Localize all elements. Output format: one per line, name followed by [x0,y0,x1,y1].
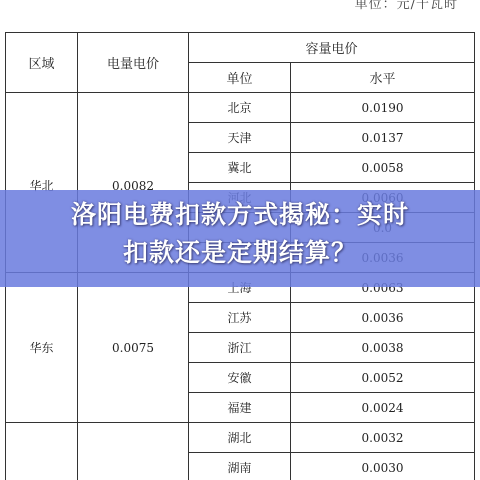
unit-cell: 福建 [189,393,291,423]
level-cell: 0.0036 [291,303,475,333]
banner-title-line-1: 洛阳电费扣款方式揭秘：实时 [0,196,480,234]
region-cell: 华东 [6,273,78,423]
unit-cell: 江苏 [189,303,291,333]
unit-cell: 天津 [189,123,291,153]
energy-price-cell [78,423,189,480]
table-row: 华北 0.0082 北京 0.0190 [6,93,475,123]
unit-cell: 浙江 [189,333,291,363]
header-region: 区域 [6,33,78,93]
unit-cell: 安徽 [189,363,291,393]
unit-cell: 冀北 [189,153,291,183]
level-cell: 0.0058 [291,153,475,183]
unit-caption: 单位：元/千瓦时 [355,0,458,12]
header-energy-price: 电量电价 [78,33,189,93]
level-cell: 0.0137 [291,123,475,153]
table-row: 湖北 0.0032 [6,423,475,453]
header-level: 水平 [291,63,475,93]
energy-price-cell: 0.0075 [78,273,189,423]
region-cell [6,423,78,480]
banner-title-line-2: 扣款还是定期结算？ [0,234,480,272]
banner-title: 洛阳电费扣款方式揭秘：实时 扣款还是定期结算？ [0,196,480,272]
level-cell: 0.0190 [291,93,475,123]
level-cell: 0.0030 [291,453,475,480]
header-capacity-price: 容量电价 [189,33,475,63]
level-cell: 0.0032 [291,423,475,453]
unit-cell: 湖北 [189,423,291,453]
unit-cell: 北京 [189,93,291,123]
unit-cell: 湖南 [189,453,291,480]
level-cell: 0.0052 [291,363,475,393]
level-cell: 0.0038 [291,333,475,363]
level-cell: 0.0024 [291,393,475,423]
header-unit: 单位 [189,63,291,93]
